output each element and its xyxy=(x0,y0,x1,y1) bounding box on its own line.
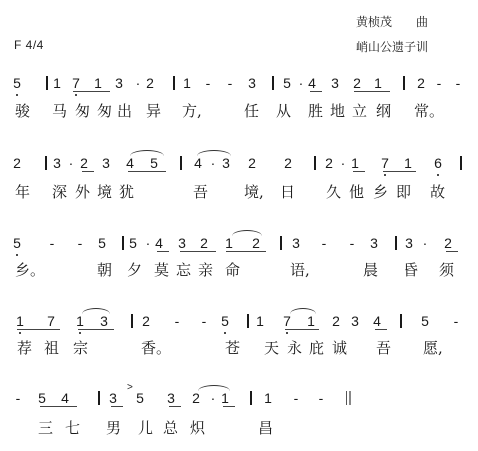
dotted-rhythm: · xyxy=(338,155,348,171)
composer-credit: 黄桢茂 曲 xyxy=(356,13,428,30)
dotted-rhythm: · xyxy=(208,155,218,171)
lyric-syllable: 年 xyxy=(15,183,30,201)
lyric-syllable: 纲 xyxy=(376,102,391,120)
note: 3 xyxy=(101,155,111,171)
note: 2 xyxy=(79,155,89,171)
octave-low-dot xyxy=(384,174,386,176)
note: 1 xyxy=(93,75,103,91)
lyric-syllable: 莫 xyxy=(154,261,169,279)
bar-line xyxy=(180,156,182,170)
note: 3 xyxy=(114,75,124,91)
lyric-syllable: 日 xyxy=(280,183,295,201)
note: 1 xyxy=(403,155,413,171)
note: 3 xyxy=(177,235,187,251)
beam-underline xyxy=(169,406,181,407)
song-subtitle: 峭山公遗子训 xyxy=(356,38,428,55)
note: 7 xyxy=(380,155,390,171)
octave-low-dot xyxy=(79,332,81,334)
note: 2 xyxy=(324,155,334,171)
lyric-syllable: 境 xyxy=(97,183,112,201)
lyric-syllable: 亲 xyxy=(198,261,213,279)
beam-underline xyxy=(446,251,458,252)
lyric-syllable: 出 xyxy=(117,102,132,120)
beam-underline xyxy=(111,406,123,407)
dash-extension: - xyxy=(347,235,357,251)
lyric-syllable: 三 xyxy=(38,419,53,437)
lyric-syllable: 他 xyxy=(349,183,364,201)
lyric-syllable: 吾 xyxy=(376,339,391,357)
dash-extension: - xyxy=(13,390,23,406)
lyric-syllable: 须 xyxy=(439,261,454,279)
note: 1 xyxy=(255,313,265,329)
lyric-syllable: 宗 xyxy=(73,339,88,357)
note: 1 xyxy=(306,313,316,329)
note: 4 xyxy=(193,155,203,171)
note: 6 xyxy=(433,155,443,171)
note: 2 xyxy=(141,313,151,329)
dash-extension: - xyxy=(291,390,301,406)
lyric-syllable: 乡。 xyxy=(15,261,45,279)
note: 5 xyxy=(420,313,430,329)
lyric-syllable: 任 xyxy=(244,102,259,120)
beam-underline xyxy=(82,171,94,172)
lyric-syllable: 永 xyxy=(287,339,302,357)
lyric-syllable: 匆 xyxy=(75,102,90,120)
beam-underline xyxy=(353,171,365,172)
note: 1 xyxy=(15,313,25,329)
beam-underline xyxy=(40,406,77,407)
lyric-syllable: 境, xyxy=(244,183,264,201)
dash-extension: - xyxy=(451,313,461,329)
lyric-syllable: 愿, xyxy=(423,339,443,357)
note: 4 xyxy=(154,235,164,251)
note: 3 xyxy=(221,155,231,171)
note: 1 xyxy=(224,235,234,251)
note: 2 xyxy=(145,75,155,91)
note: 1 xyxy=(350,155,360,171)
beam-underline xyxy=(157,251,169,252)
note: 3 xyxy=(291,235,301,251)
bar-line xyxy=(45,156,47,170)
beam-underline xyxy=(375,329,387,330)
bar-line xyxy=(395,236,397,250)
note: 7 xyxy=(71,75,81,91)
lyric-syllable: 常。 xyxy=(414,102,444,120)
beam-underline xyxy=(78,329,114,330)
lyric-syllable: 乡 xyxy=(373,183,388,201)
octave-low-dot xyxy=(224,332,226,334)
dotted-rhythm: · xyxy=(208,390,218,406)
beam-underline xyxy=(226,251,266,252)
lyric-syllable: 天 xyxy=(264,339,279,357)
lyric-syllable: 命 xyxy=(225,261,240,279)
note: 5 xyxy=(220,313,230,329)
note: 7 xyxy=(282,313,292,329)
lyric-syllable: 夕 xyxy=(127,261,142,279)
bar-line xyxy=(247,314,249,328)
note: 4 xyxy=(60,390,70,406)
octave-low-dot xyxy=(16,254,18,256)
octave-low-dot xyxy=(16,94,18,96)
bar-line xyxy=(46,76,48,90)
slur-arc xyxy=(197,150,231,156)
lyric-syllable: 即 xyxy=(396,183,411,201)
lyric-syllable: 忘 xyxy=(176,261,191,279)
lyric-syllable: 犹 xyxy=(119,183,134,201)
bar-line xyxy=(98,391,100,405)
bar-line xyxy=(460,156,462,170)
final-bar-line xyxy=(349,391,351,405)
final-bar-line xyxy=(346,391,347,405)
lyric-syllable: 语, xyxy=(290,261,310,279)
note: 1 xyxy=(52,75,62,91)
dash-extension: - xyxy=(434,75,444,91)
lyric-syllable: 异 xyxy=(146,102,161,120)
note: 2 xyxy=(251,235,261,251)
note: 2 xyxy=(416,75,426,91)
bar-line xyxy=(131,314,133,328)
dash-extension: - xyxy=(172,313,182,329)
beam-underline xyxy=(285,329,319,330)
accent-mark: > xyxy=(127,382,133,393)
note: 5 xyxy=(128,235,138,251)
note: 4 xyxy=(307,75,317,91)
lyric-syllable: 深 xyxy=(52,183,67,201)
dash-extension: - xyxy=(316,390,326,406)
note: 1 xyxy=(220,390,230,406)
lyric-syllable: 儿 xyxy=(138,419,153,437)
note: 2 xyxy=(191,390,201,406)
dash-extension: - xyxy=(319,235,329,251)
lyric-syllable: 吾 xyxy=(193,183,208,201)
lyric-syllable: 外 xyxy=(75,183,90,201)
note: 2 xyxy=(283,155,293,171)
lyric-syllable: 匆 xyxy=(97,102,112,120)
note: 2 xyxy=(247,155,257,171)
note: 5 xyxy=(12,235,22,251)
note: 2 xyxy=(199,235,209,251)
lyric-syllable: 昌 xyxy=(258,419,273,437)
note: 3 xyxy=(330,75,340,91)
beam-underline xyxy=(180,251,216,252)
note: 2 xyxy=(12,155,22,171)
lyric-syllable: 胜 xyxy=(308,102,323,120)
lyric-syllable: 晨 xyxy=(363,261,378,279)
lyric-syllable: 马 xyxy=(52,102,67,120)
lyric-syllable: 从 xyxy=(276,102,291,120)
beam-underline xyxy=(17,329,60,330)
note: 3 xyxy=(99,313,109,329)
lyric-syllable: 地 xyxy=(330,102,345,120)
note: 7 xyxy=(46,313,56,329)
lyric-syllable: 苍 xyxy=(225,339,240,357)
slur-arc xyxy=(82,308,110,314)
beam-underline xyxy=(73,91,110,92)
note: 3 xyxy=(404,235,414,251)
note: 5 xyxy=(282,75,292,91)
beam-underline xyxy=(310,91,322,92)
note: 5 xyxy=(97,235,107,251)
dash-extension: - xyxy=(47,235,57,251)
note: 3 xyxy=(52,155,62,171)
dotted-rhythm: · xyxy=(296,75,306,91)
lyric-syllable: 诚 xyxy=(332,339,347,357)
bar-line xyxy=(400,314,402,328)
note: 4 xyxy=(372,313,382,329)
note: 5 xyxy=(135,390,145,406)
dash-extension: - xyxy=(75,235,85,251)
slur-arc xyxy=(290,308,316,314)
lyric-syllable: 久 xyxy=(326,183,341,201)
slur-arc xyxy=(130,150,164,156)
bar-line xyxy=(280,236,282,250)
lyric-syllable: 炽 xyxy=(190,419,205,437)
note: 3 xyxy=(247,75,257,91)
lyric-syllable: 香。 xyxy=(141,339,171,357)
note: 1 xyxy=(75,313,85,329)
dotted-rhythm: · xyxy=(143,235,153,251)
note: 5 xyxy=(37,390,47,406)
octave-low-dot xyxy=(286,332,288,334)
note: 1 xyxy=(263,390,273,406)
bar-line xyxy=(272,76,274,90)
key-signature: F 4/4 xyxy=(14,38,44,52)
beam-underline xyxy=(128,171,166,172)
dotted-rhythm: · xyxy=(133,75,143,91)
lyric-syllable: 朝 xyxy=(97,261,112,279)
note: 3 xyxy=(166,390,176,406)
note: 4 xyxy=(125,155,135,171)
lyric-syllable: 庇 xyxy=(309,339,324,357)
slur-arc xyxy=(232,230,262,236)
note: 3 xyxy=(350,313,360,329)
note: 1 xyxy=(373,75,383,91)
lyric-syllable: 七 xyxy=(65,419,80,437)
beam-underline xyxy=(354,91,390,92)
bar-line xyxy=(314,156,316,170)
beam-underline xyxy=(223,406,235,407)
bar-line xyxy=(403,76,405,90)
lyric-syllable: 荐 xyxy=(17,339,32,357)
note: 2 xyxy=(352,75,362,91)
lyric-syllable: 方, xyxy=(182,102,202,120)
lyric-syllable: 祖 xyxy=(44,339,59,357)
lyric-syllable: 骏 xyxy=(15,102,30,120)
beam-underline xyxy=(383,171,416,172)
dash-extension: - xyxy=(453,75,463,91)
lyric-syllable: 立 xyxy=(352,102,367,120)
note: 1 xyxy=(182,75,192,91)
bar-line xyxy=(250,391,252,405)
lyric-syllable: 男 xyxy=(106,419,121,437)
octave-low-dot xyxy=(437,174,439,176)
note: 5 xyxy=(149,155,159,171)
dash-extension: - xyxy=(203,75,213,91)
note: 3 xyxy=(369,235,379,251)
dash-extension: - xyxy=(199,313,209,329)
note: 5 xyxy=(12,75,22,91)
octave-low-dot xyxy=(75,94,77,96)
dotted-rhythm: · xyxy=(420,235,430,251)
bar-line xyxy=(173,76,175,90)
note: 3 xyxy=(108,390,118,406)
lyric-syllable: 总 xyxy=(163,419,178,437)
lyric-syllable: 故 xyxy=(430,183,445,201)
slur-arc xyxy=(198,385,230,391)
note: 2 xyxy=(331,313,341,329)
dash-extension: - xyxy=(225,75,235,91)
bar-line xyxy=(122,236,124,250)
note: 2 xyxy=(443,235,453,251)
lyric-syllable: 昏 xyxy=(403,261,418,279)
dotted-rhythm: · xyxy=(66,155,76,171)
octave-low-dot xyxy=(19,332,21,334)
